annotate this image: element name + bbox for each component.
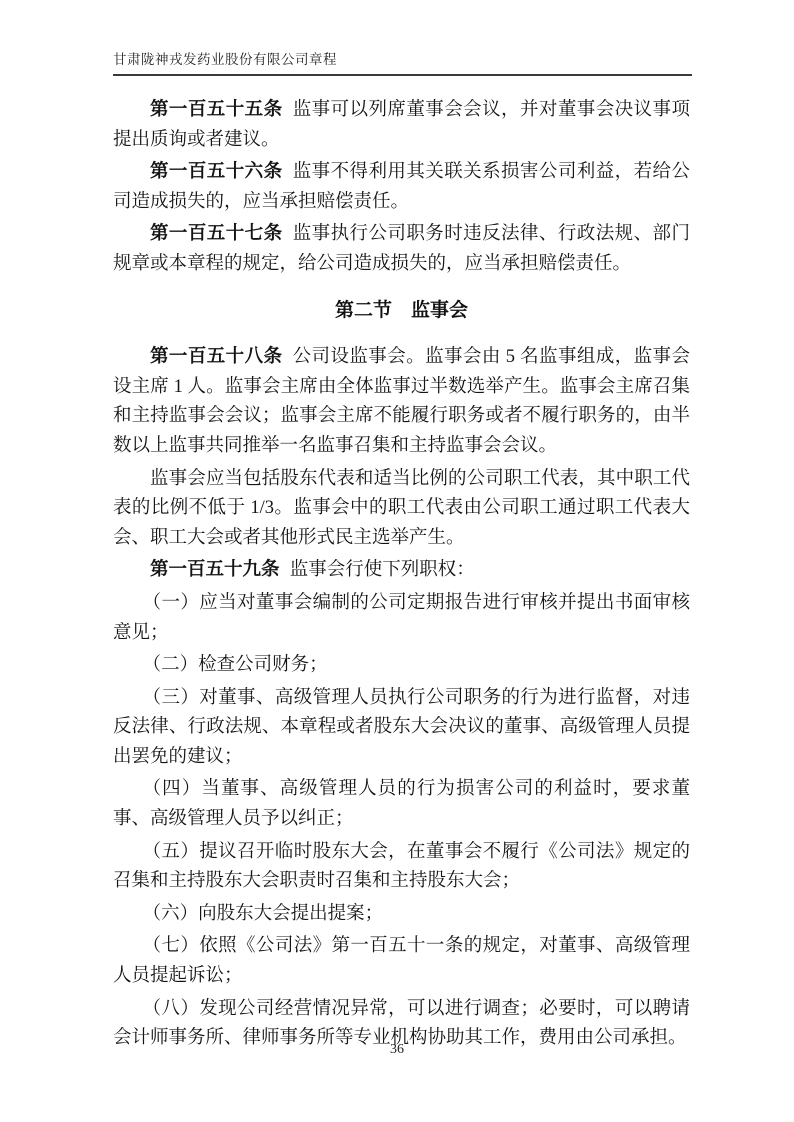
article-159-paragraph: 第一百五十九条监事会行使下列职权： bbox=[113, 556, 690, 586]
page-header: 甘肃陇神戎发药业股份有限公司章程 bbox=[113, 50, 692, 76]
clause-item-7-text: （七）依照《公司法》第一百五十一条的规定，对董事、高级管理人员提起诉讼； bbox=[113, 936, 690, 986]
clause-item-3-text: （三）对董事、高级管理人员执行公司职务的行为进行监督，对违反法律、行政法规、本章… bbox=[113, 688, 690, 767]
clause-item-1-text: （一）应当对董事会编制的公司定期报告进行审核并提出书面审核意见； bbox=[113, 593, 690, 643]
clause-item-5: （五）提议召开临时股东大会，在董事会不履行《公司法》规定的召集和主持股东大会职责… bbox=[113, 838, 690, 897]
article-155-number: 第一百五十五条 bbox=[150, 100, 283, 120]
article-158-paragraph-2: 监事会应当包括股东代表和适当比例的公司职工代表，其中职工代表的比例不低于 1/3… bbox=[113, 465, 690, 554]
article-159-number: 第一百五十九条 bbox=[150, 560, 280, 580]
section-heading: 第二节 监事会 bbox=[113, 296, 690, 326]
article-156-paragraph: 第一百五十六条监事不得利用其关联关系损害公司利益，若给公司造成损失的，应当承担赔… bbox=[113, 158, 690, 217]
clause-item-6: （六）向股东大会提出提案； bbox=[113, 900, 690, 930]
article-157-paragraph: 第一百五十七条监事执行公司职务时违反法律、行政法规、部门规章或本章程的规定，给公… bbox=[113, 220, 690, 279]
article-157-number: 第一百五十七条 bbox=[150, 224, 283, 244]
page-number: 36 bbox=[390, 1042, 404, 1057]
clause-item-7: （七）依照《公司法》第一百五十一条的规定，对董事、高级管理人员提起诉讼； bbox=[113, 932, 690, 991]
page-footer: 36 bbox=[0, 1042, 794, 1058]
article-156-number: 第一百五十六条 bbox=[150, 162, 283, 182]
document-title: 甘肃陇神戎发药业股份有限公司章程 bbox=[113, 52, 337, 67]
document-page: 甘肃陇神戎发药业股份有限公司章程 第一百五十五条监事可以列席董事会会议，并对董事… bbox=[0, 0, 794, 1122]
clause-item-5-text: （五）提议召开临时股东大会，在董事会不履行《公司法》规定的召集和主持股东大会职责… bbox=[113, 842, 690, 892]
article-158-number: 第一百五十八条 bbox=[150, 347, 282, 367]
clause-item-1: （一）应当对董事会编制的公司定期报告进行审核并提出书面审核意见； bbox=[113, 589, 690, 648]
clause-item-8-text: （八）发现公司经营情况异常，可以进行调查；必要时，可以聘请会计师事务所、律师事务… bbox=[113, 999, 690, 1049]
clause-item-6-text: （六）向股东大会提出提案； bbox=[143, 904, 384, 924]
clause-item-4-text: （四）当董事、高级管理人员的行为损害公司的利益时，要求董事、高级管理人员予以纠正… bbox=[113, 779, 690, 829]
document-body: 第一百五十五条监事可以列席董事会会议，并对董事会决议事项提出质询或者建议。 第一… bbox=[113, 96, 690, 1057]
article-155-paragraph: 第一百五十五条监事可以列席董事会会议，并对董事会决议事项提出质询或者建议。 bbox=[113, 96, 690, 155]
clause-item-4: （四）当董事、高级管理人员的行为损害公司的利益时，要求董事、高级管理人员予以纠正… bbox=[113, 775, 690, 834]
clause-item-2-text: （二）检查公司财务； bbox=[143, 655, 328, 675]
clause-item-2: （二）检查公司财务； bbox=[113, 651, 690, 681]
article-159-text: 监事会行使下列职权： bbox=[290, 560, 475, 580]
article-158-paragraph-2-text: 监事会应当包括股东代表和适当比例的公司职工代表，其中职工代表的比例不低于 1/3… bbox=[113, 469, 690, 548]
article-158-paragraph: 第一百五十八条公司设监事会。监事会由 5 名监事组成，监事会设主席 1 人。监事… bbox=[113, 343, 690, 461]
clause-item-3: （三）对董事、高级管理人员执行公司职务的行为进行监督，对违反法律、行政法规、本章… bbox=[113, 684, 690, 773]
